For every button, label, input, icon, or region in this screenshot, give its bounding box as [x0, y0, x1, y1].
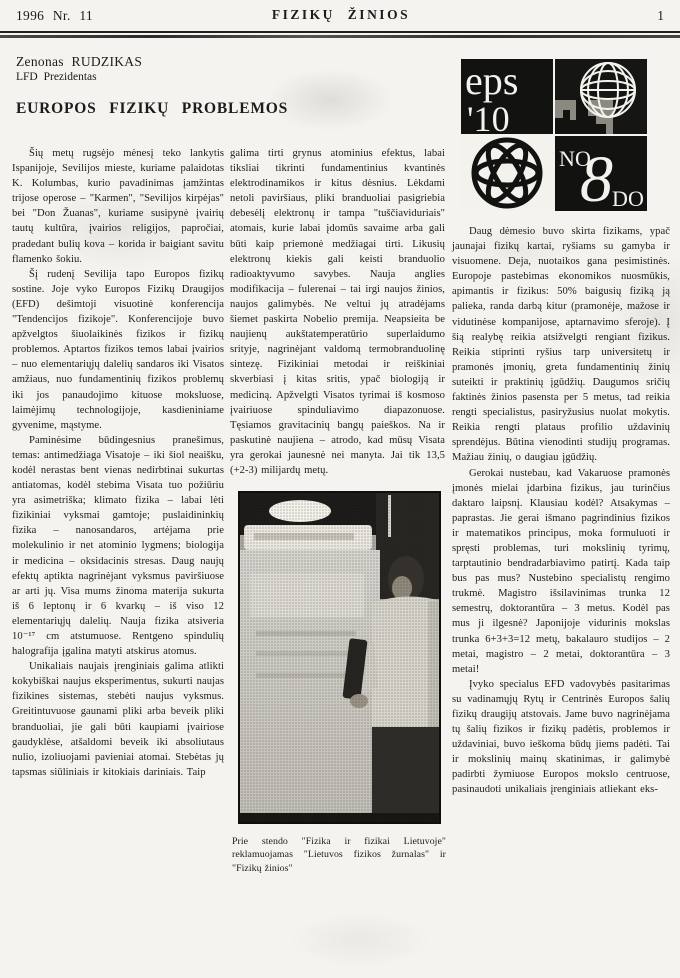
article-masthead: Zenonas RUDZIKAS LFD Prezidentas EUROPOS…: [16, 54, 446, 118]
body-paragraph: Unikaliais naujais įrenginiais galima at…: [12, 659, 224, 780]
body-paragraph: Įvyko specialus EFD vadovybės pasitarima…: [452, 677, 670, 798]
journal-page: 1996 Nr. 11 FIZIKŲ ŽINIOS 1 Zenonas RUDZ…: [0, 0, 680, 978]
author-name: Zenonas RUDZIKAS: [16, 54, 446, 70]
column-2: galima tirti grynus atominius efektus, l…: [230, 146, 445, 875]
column-1: Šių metų rugsėjo mėnesį teko lankytis Is…: [12, 146, 224, 780]
eps-conference-logo: eps '10: [460, 58, 670, 212]
journal-title: FIZIKŲ ŽINIOS: [272, 7, 410, 23]
page-header: 1996 Nr. 11 FIZIKŲ ŽINIOS 1: [16, 6, 666, 28]
article-title: EUROPOS FIZIKŲ PROBLEMOS: [16, 100, 446, 118]
no8do-do: DO: [612, 186, 644, 211]
page-number: 1: [657, 8, 664, 24]
photo-caption: Prie stendo "Fizika ir fizikai Lietuvoje…: [232, 835, 446, 875]
body-paragraph: galima tirti grynus atominius efektus, l…: [230, 146, 445, 478]
header-rule-thin: [0, 31, 680, 33]
conference-number: '10: [467, 99, 510, 139]
body-paragraph: Paminėsime būdingesnius pranešimus, tema…: [12, 433, 224, 659]
column-3: eps '10: [452, 56, 670, 798]
exhibit-photo: [238, 491, 441, 824]
atom-orbits-icon: [461, 136, 553, 211]
no8do-madeja: 8: [580, 143, 613, 212]
issue-label: 1996 Nr. 11: [16, 8, 93, 24]
eps-wordmark-block: eps '10: [461, 58, 553, 139]
header-rule-thick: [0, 35, 680, 38]
no8do-emblem: NO 8 DO: [555, 136, 647, 212]
body-paragraph: Šį rudenį Sevilija tapo Europos fizikų s…: [12, 267, 224, 433]
body-paragraph: Šių metų rugsėjo mėnesį teko lankytis Is…: [12, 146, 224, 267]
body-paragraph: Daug dėmesio buvo skirta fizikams, ypač …: [452, 224, 670, 466]
body-paragraph: Gerokai nustebau, kad Vakaruose pramonės…: [452, 466, 670, 677]
exhibit-photo-figure: Prie stendo "Fizika ir fizikai Lietuvoje…: [238, 491, 445, 875]
author-role: LFD Prezidentas: [16, 71, 446, 83]
eps-wordmark: eps: [465, 58, 518, 103]
globe-icon: [555, 59, 647, 134]
